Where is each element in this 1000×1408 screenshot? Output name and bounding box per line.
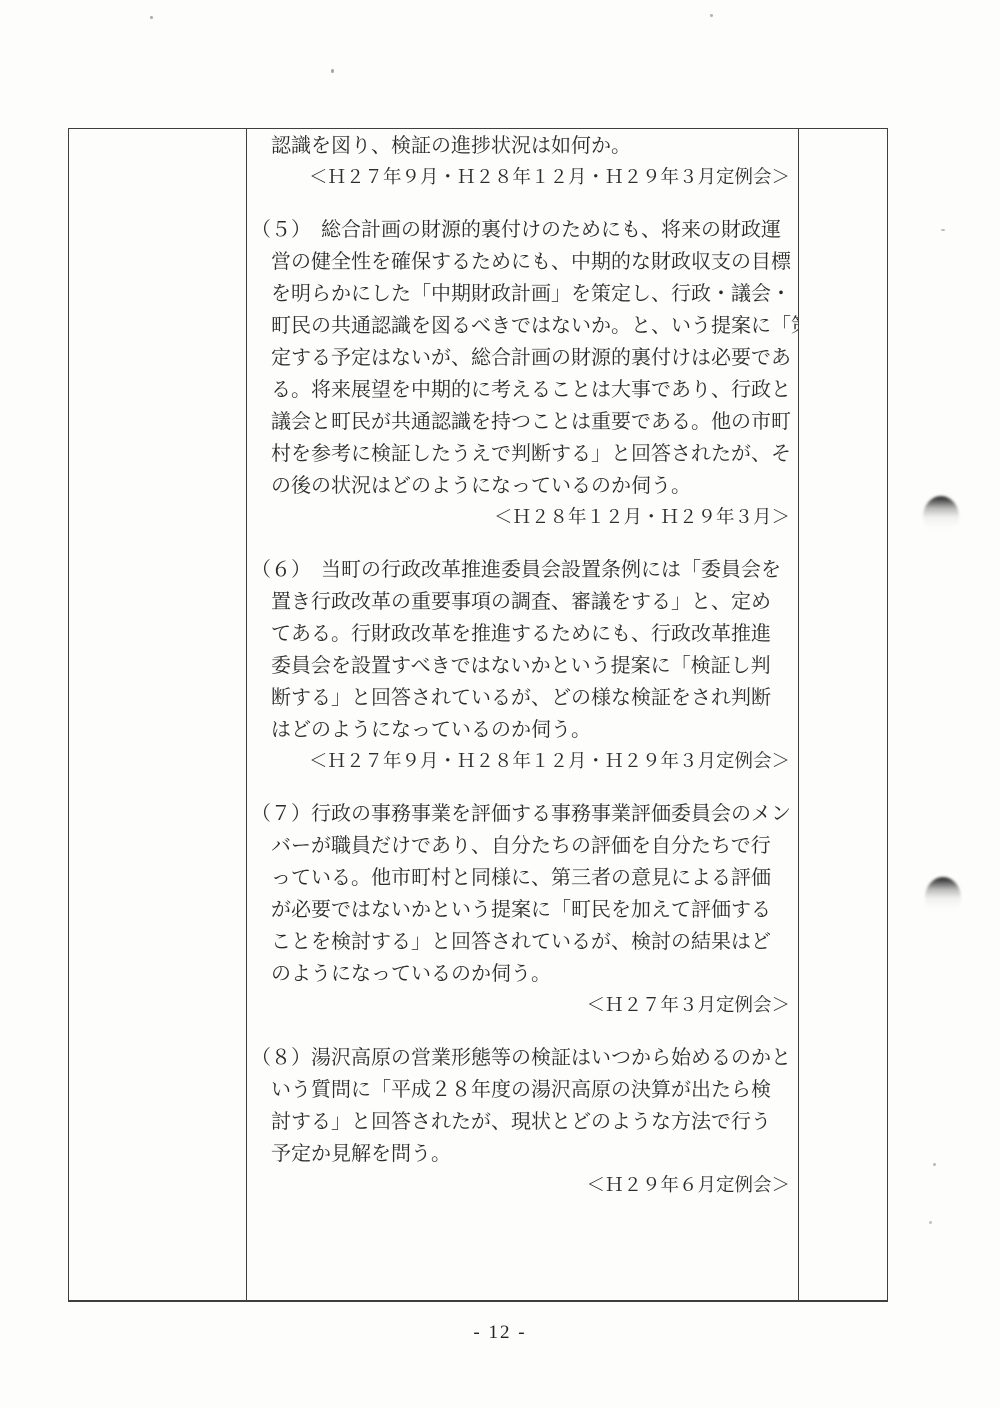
text-line: 断する」と回答されているが、どの様な検証をされ判断 — [271, 682, 798, 714]
text-line: る。将来展望を中期的に考えることは大事であり、行政と — [271, 374, 798, 406]
text-line: （６） 当町の行政改革推進委員会設置条例には「委員会を — [271, 554, 798, 586]
scan-speck — [331, 69, 334, 73]
paragraph-q8: （８）湯沢高原の営業形態等の検証はいつから始めるのかと いう質問に「平成２８年度… — [251, 1042, 798, 1170]
paragraph-q6: （６） 当町の行政改革推進委員会設置条例には「委員会を 置き行政改革の重要事項の… — [251, 554, 798, 746]
table-column-question-text: 認識を図り、検証の進捗状況は如何か。 ＜Ｈ２７年９月・Ｈ２８年１２月・Ｈ２９年３… — [247, 129, 799, 1300]
session-date-line: ＜Ｈ２８年１２月・Ｈ２９年３月＞ — [251, 502, 798, 534]
text-line: 議会と町民が共通認識を持つことは重要である。他の市町 — [271, 406, 798, 438]
punch-hole-shadow — [925, 877, 961, 911]
text-line: いう質問に「平成２８年度の湯沢高原の決算が出たら検 — [271, 1074, 798, 1106]
text-line: 置き行政改革の重要事項の調査、審議をする」と、定め — [271, 586, 798, 618]
scan-speck — [941, 229, 945, 231]
text-line: 定する予定はないが、総合計画の財源的裏付けは必要であ — [271, 342, 798, 374]
text-line: （７）行政の事務事業を評価する事務事業評価委員会のメン — [271, 798, 798, 830]
text-line: 村を参考に検証したうえで判断する」と回答されたが、そ — [271, 438, 798, 470]
table-column-right-empty — [799, 129, 887, 1300]
punch-hole-shadow — [923, 496, 959, 530]
text-line: 町民の共通認識を図るべきではないか。と、いう提案に「策 — [271, 310, 798, 342]
paragraph-q5: （５） 総合計画の財源的裏付けのためにも、将来の財政運 営の健全性を確保するため… — [251, 214, 798, 502]
text-line: ことを検討する」と回答されているが、検討の結果はど — [271, 926, 798, 958]
text-line: が必要ではないかという提案に「町民を加えて評価する — [271, 894, 798, 926]
table-column-left-empty — [69, 129, 247, 1300]
text-line: （８）湯沢高原の営業形態等の検証はいつから始めるのかと — [271, 1042, 798, 1074]
text-line: を明らかにした「中期財政計画」を策定し、行政・議会・ — [271, 278, 798, 310]
session-date-line: ＜Ｈ２７年９月・Ｈ２８年１２月・Ｈ２９年３月定例会＞ — [251, 746, 798, 778]
page-number: - 12 - — [0, 1322, 1000, 1344]
scan-speck — [933, 1163, 936, 1166]
text-line: 認識を図り、検証の進捗状況は如何か。 — [271, 130, 798, 162]
text-line: の後の状況はどのようになっているのか伺う。 — [271, 470, 798, 502]
paragraph-q7: （７）行政の事務事業を評価する事務事業評価委員会のメン バーが職員だけであり、自… — [251, 798, 798, 990]
scanned-document-page: 認識を図り、検証の進捗状況は如何か。 ＜Ｈ２７年９月・Ｈ２８年１２月・Ｈ２９年３… — [0, 0, 1000, 1408]
session-date-line: ＜Ｈ２７年９月・Ｈ２８年１２月・Ｈ２９年３月定例会＞ — [251, 162, 798, 194]
scan-speck — [150, 16, 153, 19]
text-line: 営の健全性を確保するためにも、中期的な財政収支の目標 — [271, 246, 798, 278]
scan-speck — [710, 14, 713, 17]
session-date-line: ＜Ｈ２７年３月定例会＞ — [251, 990, 798, 1022]
scan-speck — [929, 1221, 932, 1224]
text-line: はどのようになっているのか伺う。 — [271, 714, 798, 746]
text-line: バーが職員だけであり、自分たちの評価を自分たちで行 — [271, 830, 798, 862]
text-line: 委員会を設置すべきではないかという提案に「検証し判 — [271, 650, 798, 682]
text-line: （５） 総合計画の財源的裏付けのためにも、将来の財政運 — [271, 214, 798, 246]
text-line: 討する」と回答されたが、現状とどのような方法で行う — [271, 1106, 798, 1138]
text-line: てある。行財政改革を推進するためにも、行政改革推進 — [271, 618, 798, 650]
session-date-line: ＜Ｈ２９年６月定例会＞ — [251, 1170, 798, 1202]
text-line: のようになっているのか伺う。 — [271, 958, 798, 990]
paragraph-intro: 認識を図り、検証の進捗状況は如何か。 — [251, 130, 798, 162]
question-table: 認識を図り、検証の進捗状況は如何か。 ＜Ｈ２７年９月・Ｈ２８年１２月・Ｈ２９年３… — [68, 128, 888, 1302]
text-line: 予定か見解を問う。 — [271, 1138, 798, 1170]
text-line: っている。他市町村と同様に、第三者の意見による評価 — [271, 862, 798, 894]
